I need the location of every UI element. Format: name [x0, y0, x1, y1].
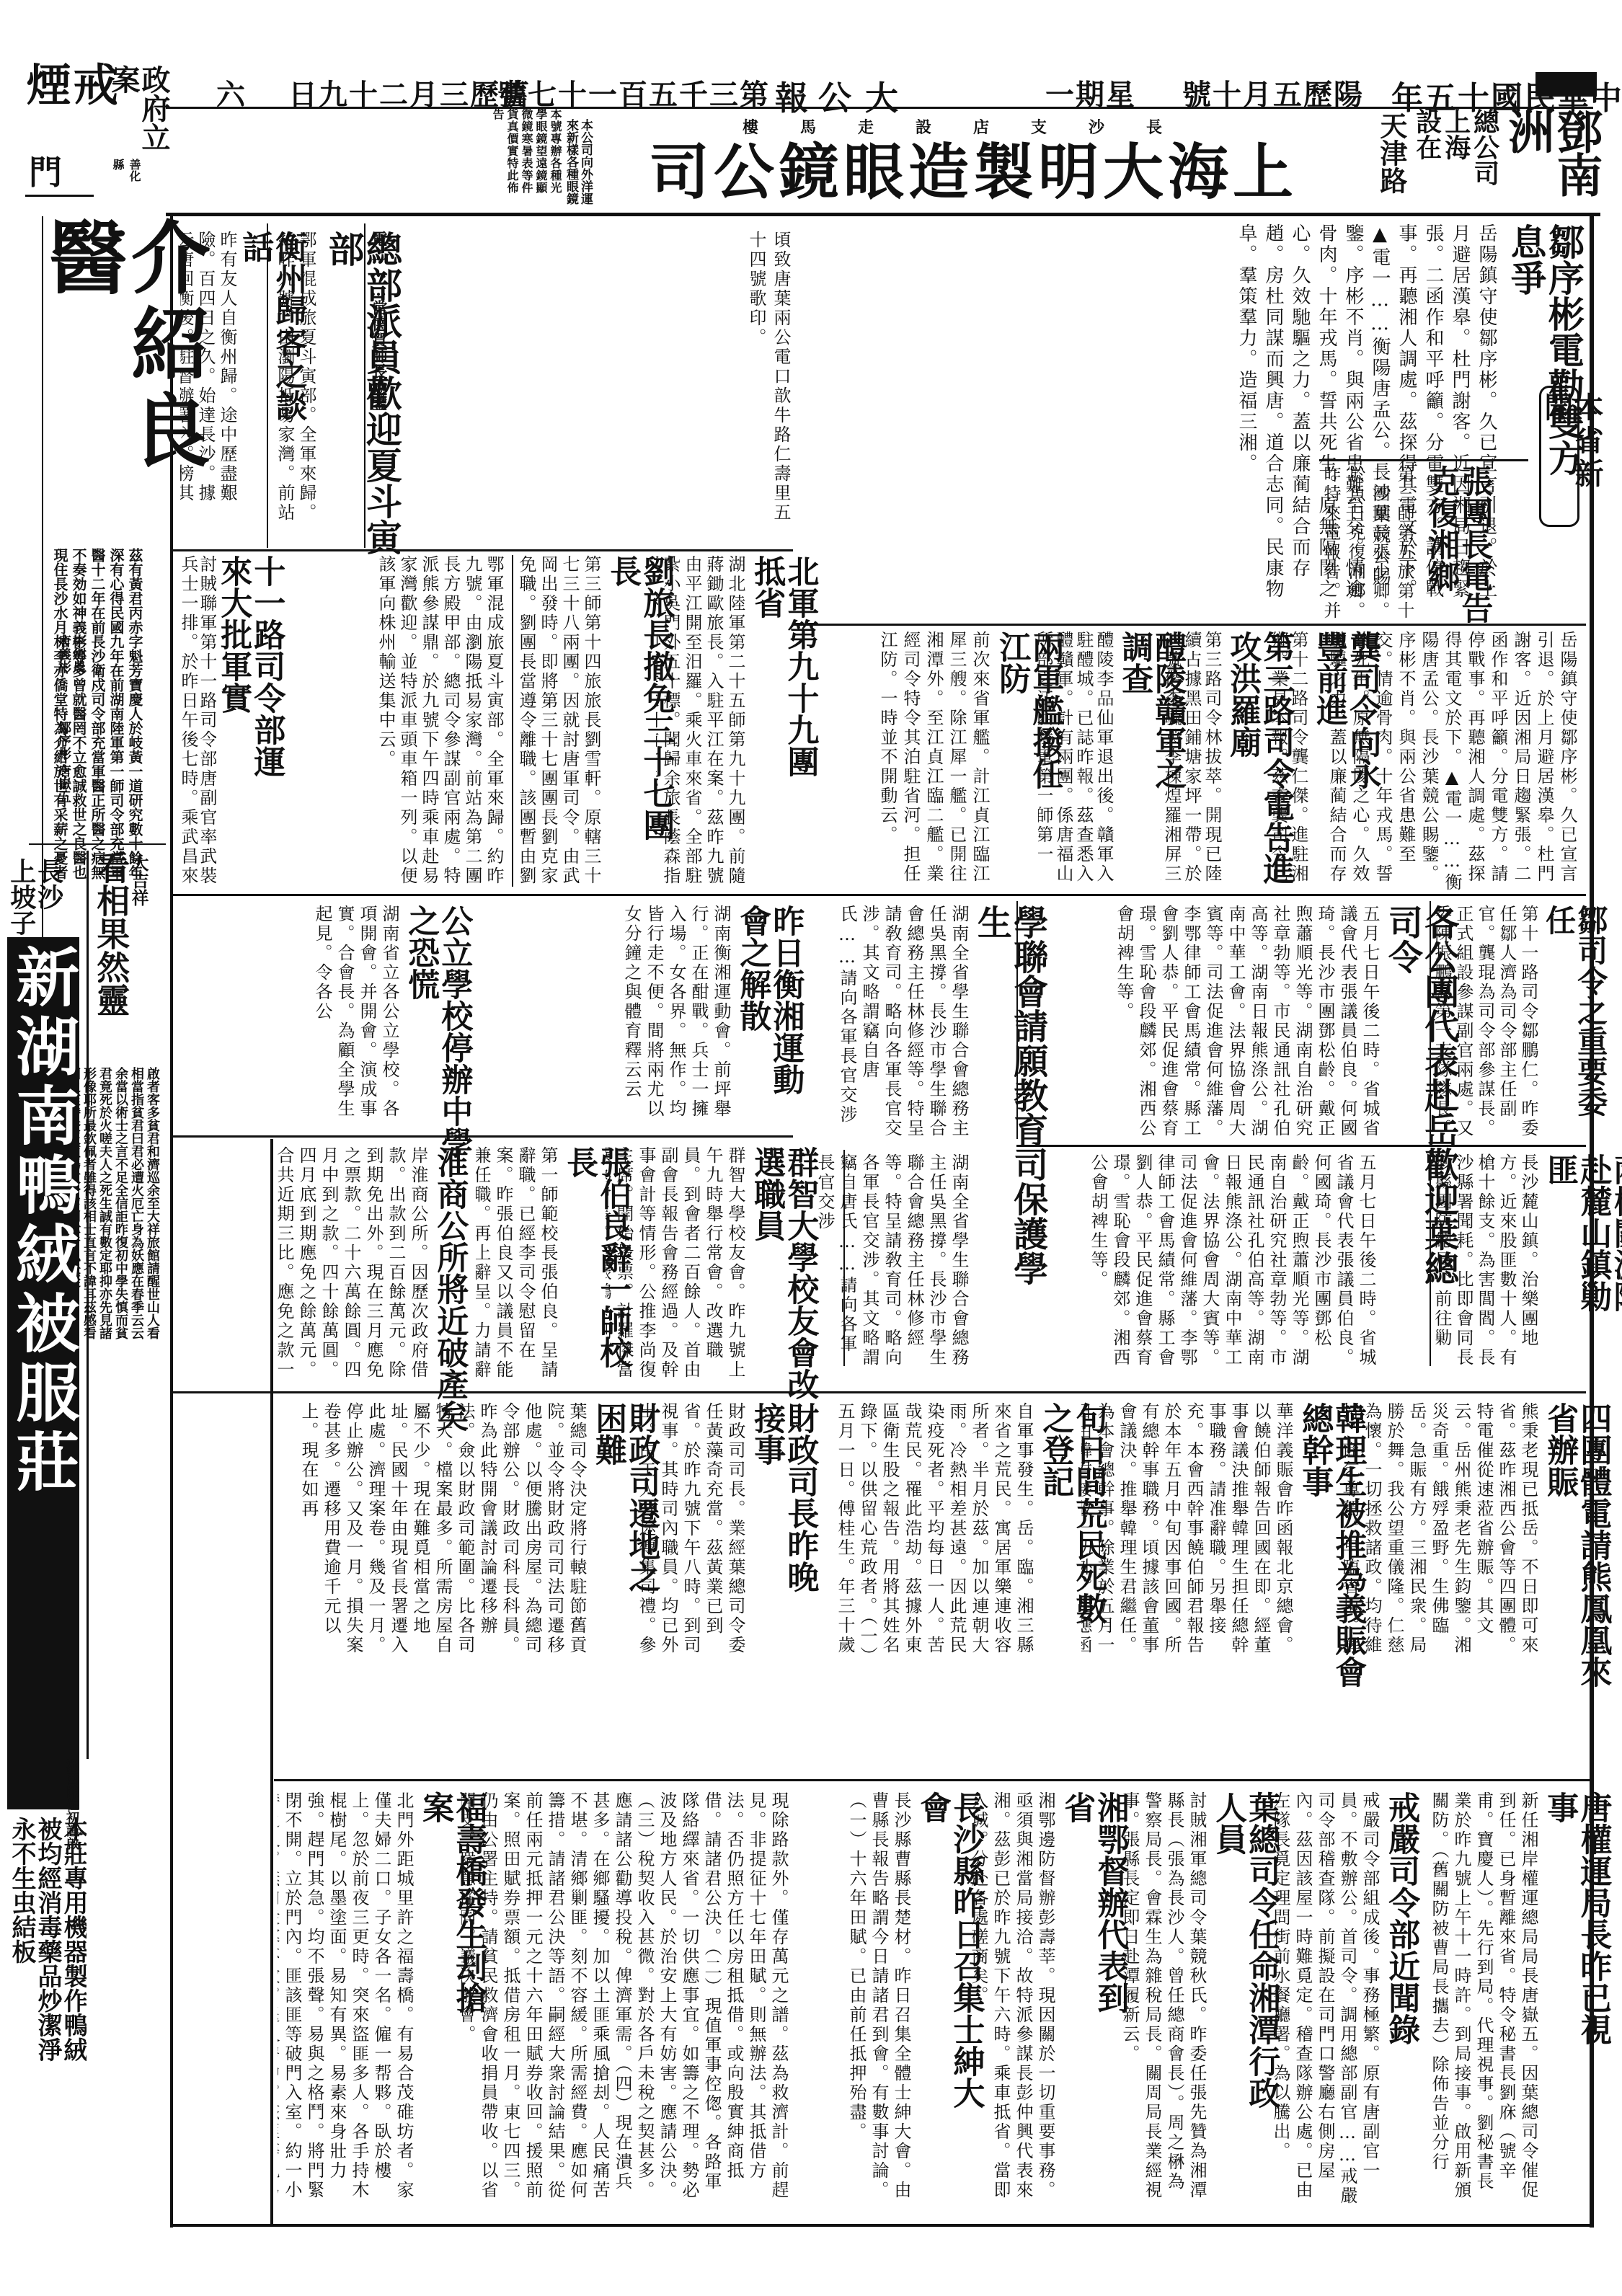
article-body-continued: 五月七日午後二時。省城省議會代表張議員伯良。何國琦。長沙市團鄧松齡。戴正煦蕭順光… — [1024, 1153, 1377, 1370]
top-ad-company-line4: 天津路 — [1377, 112, 1406, 205]
article-headline: 戒嚴司令部近聞錄 — [1384, 1791, 1417, 2051]
article-headline: 財政司長昨晚接事 — [750, 1402, 816, 1618]
article-body: 湖南全省學生聯合會總務主任吳黑撐。長沙市學生聯合會總務主任林修經等。特呈請敎育司… — [793, 905, 970, 1143]
top-small-ad-strip: 本號專辦各種光學眼鏡望遠鏡顯微鏡寒暑表等件貨真價實特此佈告 — [173, 108, 562, 198]
fortune-ad-title: 看相果然靈 — [94, 851, 128, 1067]
article-body: 自軍事發生。岳。臨。湘三縣來省之荒民。寓居軍樂連收容所者。半月於茲。加以連朝大雨… — [793, 1402, 1034, 1669]
article-body-continued: 頃致唐葉兩公電口歆牛路仁壽里五十四號歌印。 — [375, 231, 793, 541]
top-ad-company-line3: 設在 — [1413, 108, 1440, 202]
article-body-continued: 岳陽鎮守使鄒序彬。久已宣言引退。於上月避居漢皋。杜門謝客。近因湘局日趨緊張。二函… — [1326, 631, 1579, 897]
article-body: 湖南省立各公立學校。各項開會。并開會。演成事實。合會長。為顧全學生起見。令各公 — [180, 905, 400, 1128]
left-notice-rule — [25, 195, 94, 197]
article-headline: 鄒司令之重要委任 — [1543, 905, 1606, 1135]
article-body: 北門外距城里許之福壽橋。有易合茂碓坊者。家僅夫婦二口。子女各一名。僱一帮夥。臥於… — [278, 1791, 415, 2209]
article-headline: 湘鄂督辦代表到省 — [1060, 1791, 1126, 2022]
article-headline: 唐權運局長昨已視事 — [1543, 1791, 1609, 2051]
column-divider — [1016, 901, 1018, 1139]
doctor-ad-signer: 唐嶽五 — [54, 764, 73, 872]
masthead-paper-name-left: 報 — [775, 72, 810, 120]
masthead-paper-name-right: 大 — [865, 72, 900, 120]
article-body: 岸淮商公所。因歷次政府借款。出款到二百餘萬元。除到期免出外。現在三月應免之票款。… — [274, 1146, 429, 1384]
fortune-ad-sign: 湘西陳佐初謹啟 — [52, 1759, 81, 2033]
article-headline: 四團體電請熊鳳凰來省辦賑 — [1543, 1402, 1609, 1705]
column-divider — [270, 1139, 273, 2224]
left-notice-big: 戒煙 — [22, 61, 115, 141]
article-body: 湖南衡湘運動會。前坪舉行。正在酣戰。兵士一擁入場。女各界。無作。均皆行走不便。間… — [447, 905, 732, 1128]
left-notice-sub: 善化縣 — [110, 159, 143, 187]
article-headline: 醴陵贛軍之調查 — [1117, 631, 1184, 818]
row-divider — [173, 1391, 1586, 1393]
article-body: 第三師第十四旅旅長劉雪軒。原轄三十七三十八兩團。因就討唐軍司令。由武岡出發時。即… — [519, 555, 602, 887]
article-headline: 劉旅長撤免三十七團長 — [606, 555, 672, 858]
newspaper-logo-icon — [1535, 72, 1597, 97]
column-divider — [267, 223, 268, 548]
article-body: 新任湘岸權運總局局長唐嶽五。因葉總司令催促到任。已身暫離來省。特令秘書長劉庥（號… — [1427, 1791, 1539, 2209]
article-body-continued: 現除路款外。僅存萬元之譜。茲為救濟計。前趕見。非提征十七年田賦。則無辦法。其抵借… — [461, 1791, 789, 2209]
content-top-rule — [166, 213, 1600, 216]
article-headline: 公立學校停辦中學之恐慌 — [404, 905, 470, 1171]
article-headline: 昨日衡湘運動會之解散 — [735, 905, 802, 1121]
banner-title: 上海大明製造眼鏡公司 — [584, 141, 1362, 205]
article-divider — [1319, 459, 1528, 461]
article-headline: 鄒序彬電勸雙方息爭 — [1507, 223, 1582, 483]
banner-branch-address: 長沙支店設走馬樓 — [591, 115, 1355, 137]
top-ad-company-line1: 總公司 — [1471, 108, 1498, 202]
article-headline: 財政司遷地之困難 — [591, 1402, 657, 1618]
column-divider — [1430, 1150, 1431, 1366]
article-headline: 群智大學校友會改選職員 — [750, 1146, 816, 1427]
article-body-continued: 鄂軍混成旅夏斗寅部。全軍來歸。約昨九號。由瀏陽抵易家灣。前站為第二團長方殿甲部。… — [274, 555, 505, 887]
article-headline: 衡州歸客之談話 — [238, 231, 304, 447]
article-headline: 韓理生被推為義賑會總幹事 — [1298, 1402, 1364, 1705]
article-headline: 十一路司令部運來大批軍實 — [216, 555, 283, 807]
article-body: 第一師範校長張伯良。呈請辭職。已經李司令慰留在案。昨張伯良又以議員不能兼任職。再… — [476, 1146, 559, 1384]
column-divider — [364, 223, 365, 548]
doctor-ad-title: 介紹良醫 — [40, 216, 206, 519]
article-body: 討賊聯軍第十一路司令部唐副官率武裝兵士一排。於昨日午後七時。乘武昌來車。裝運七 — [180, 555, 216, 887]
article-headline: 葉總司令任命湘潭行政人員 — [1211, 1791, 1277, 2123]
top-ad-company-line2: 上海 — [1442, 108, 1469, 202]
row-divider — [173, 549, 793, 551]
left-notice-door: 門 — [29, 155, 62, 190]
article-headline: 福壽橋發生刦搶案 — [418, 1791, 484, 2029]
row-divider — [173, 894, 1586, 896]
masthead-paper-name-mid: 公 — [818, 72, 853, 120]
article-body: 華洋義賑會昨函報北京總會。以饒伯師報告回國在即。經董事會議決推舉韓理生担任總幹事… — [1081, 1402, 1294, 1669]
article-body: 長沙縣曹縣長楚材。昨日召集全體士紳大會。由曹縣長報告略謂今日請諸君到會。有數事討… — [793, 1791, 912, 2209]
store-ad-banner: 新湖南鴨絨被服莊 — [7, 937, 79, 1809]
article-body: 長沙麓山鎮。治樂團地方。近來股匪數十人。有槍十餘支。為害閭閻。長沙縣署聞耗。比即… — [1435, 1153, 1539, 1370]
article-body-continued: 湖南全省學生聯合會總務主任吳黑撐。長沙市學生聯合會總務主任林修經等。特呈請敎育司… — [793, 1153, 970, 1370]
ad-border — [87, 851, 89, 1759]
store-ad-location: 長沙 上坡子 — [7, 858, 62, 937]
row-divider — [1016, 1145, 1586, 1147]
top-ad-brand: 鄧南洲 — [1503, 108, 1600, 202]
article-body: 熊秉老現已抵岳。不日即可來省。茲昨湘西公會等四團體。特電催從速蒞省辦賑。其文云。… — [1341, 1402, 1539, 1669]
article-body: 五月七日午後二時。省城省議會代表張議員伯良。何國琦。長沙市團鄧松齡。戴正煦蕭順光… — [1024, 905, 1381, 1143]
article-headline: 旬日間荒民死數之登記 — [1038, 1402, 1104, 1654]
article-headline: 張團長電告克復湘鄉 — [1424, 465, 1490, 631]
article-headline: 長沙縣昨日召集士紳大會 — [916, 1791, 982, 2123]
article-headline: 兩軍艦撥任江防 — [995, 631, 1061, 818]
row-divider — [793, 624, 1586, 626]
content-bottom-rule — [173, 2224, 1593, 2227]
store-ad-name: 新湖南鴨絨被服莊 — [10, 944, 76, 1498]
column-divider — [512, 555, 513, 887]
ad-divider — [29, 843, 166, 845]
row-divider — [274, 1779, 1593, 1781]
article-body: 前次來省軍艦。計江貞江臨江犀三艘。除江犀一艦。已開往湘潭外。至江貞江臨二艦。業經… — [793, 631, 991, 897]
column-divider — [843, 1150, 845, 1366]
banner-side-text: 本公司向外洋運來新樣各種眼鏡 — [564, 119, 593, 205]
article-headline: 北軍第九十九團抵省 — [750, 555, 816, 807]
article-body: 第三師第五旅第十二團團長張少卿。於魚日克復湘鄉。昨特來電報告。并委定權局人員。其… — [1323, 465, 1417, 624]
row-divider — [173, 1135, 793, 1138]
telegram-label: 電二……常德賀師長勛鑒 — [368, 231, 390, 533]
article-headline: 張伯良辭一師校長 — [562, 1146, 629, 1377]
article-headline: 兩機關派隊赴麓山鎮勦匪 — [1543, 1153, 1622, 1341]
article-headline: 第三路司令電告進攻洪羅廟 — [1226, 631, 1292, 897]
article-body: 葉總司令決定將行轅駐節舊貢院。並令將財政司司法司遷移他處。以便騰出房屋。為總司令… — [274, 1402, 588, 1669]
